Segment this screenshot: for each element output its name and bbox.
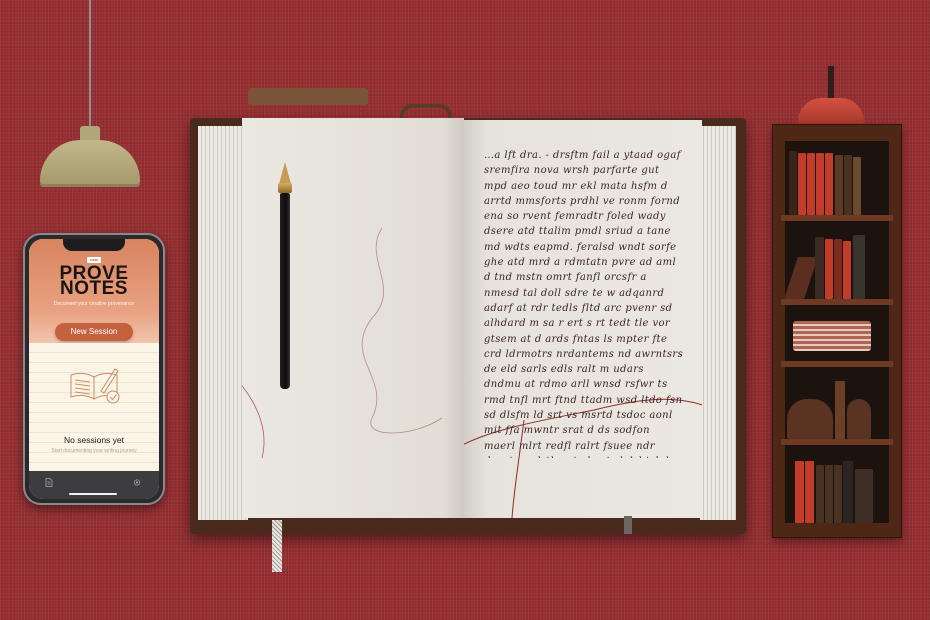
pen-nib-icon <box>279 162 291 184</box>
shelf-row-4 <box>785 367 889 439</box>
notebook-left-page <box>242 118 464 518</box>
fountain-pen-icon <box>280 193 290 389</box>
phone-screen: new PROVE NOTES Document your creative p… <box>29 239 159 499</box>
ink-scribble-icon <box>242 118 464 518</box>
page-edges-left <box>198 126 248 520</box>
app-logo: PROVE NOTES <box>29 266 159 296</box>
new-session-button[interactable]: New Session <box>55 323 133 341</box>
empty-state-title: No sessions yet <box>29 435 159 445</box>
shelf-row-2 <box>785 221 889 299</box>
notebook-tag <box>248 88 368 105</box>
empty-state-subtitle: Start documenting your writing journey <box>29 448 159 454</box>
tab-bar <box>29 471 159 499</box>
pendant-lamp-icon <box>40 140 140 184</box>
bookmark-ribbon-2 <box>624 516 632 534</box>
shelf-row-3 <box>785 305 889 361</box>
empty-state: No sessions yet Start documenting your w… <box>29 343 159 471</box>
app-header: new PROVE NOTES Document your creative p… <box>29 239 159 343</box>
bookmark-ribbon <box>272 520 282 572</box>
pen-ring <box>278 183 292 193</box>
shelf-lamp-icon <box>798 98 864 124</box>
phone-mockup: new PROVE NOTES Document your creative p… <box>23 233 165 505</box>
shelf-row-1 <box>785 141 889 215</box>
page-edges-right <box>700 126 736 520</box>
bookshelf <box>772 124 902 538</box>
document-icon[interactable] <box>45 478 53 487</box>
logo-line-2: NOTES <box>29 281 159 296</box>
open-book-pen-check-icon <box>67 363 123 405</box>
shelf-row-5 <box>785 445 889 523</box>
app-tagline: Document your creative provenance <box>29 301 159 307</box>
handwritten-text: …a lft dra. - drsftm fail a ytaad ogaf s… <box>484 148 684 458</box>
gear-icon[interactable] <box>133 478 141 487</box>
shelf-lamp-stem <box>828 66 834 100</box>
phone-notch <box>63 239 125 251</box>
lamp-cord <box>89 0 91 128</box>
home-indicator <box>69 493 117 495</box>
